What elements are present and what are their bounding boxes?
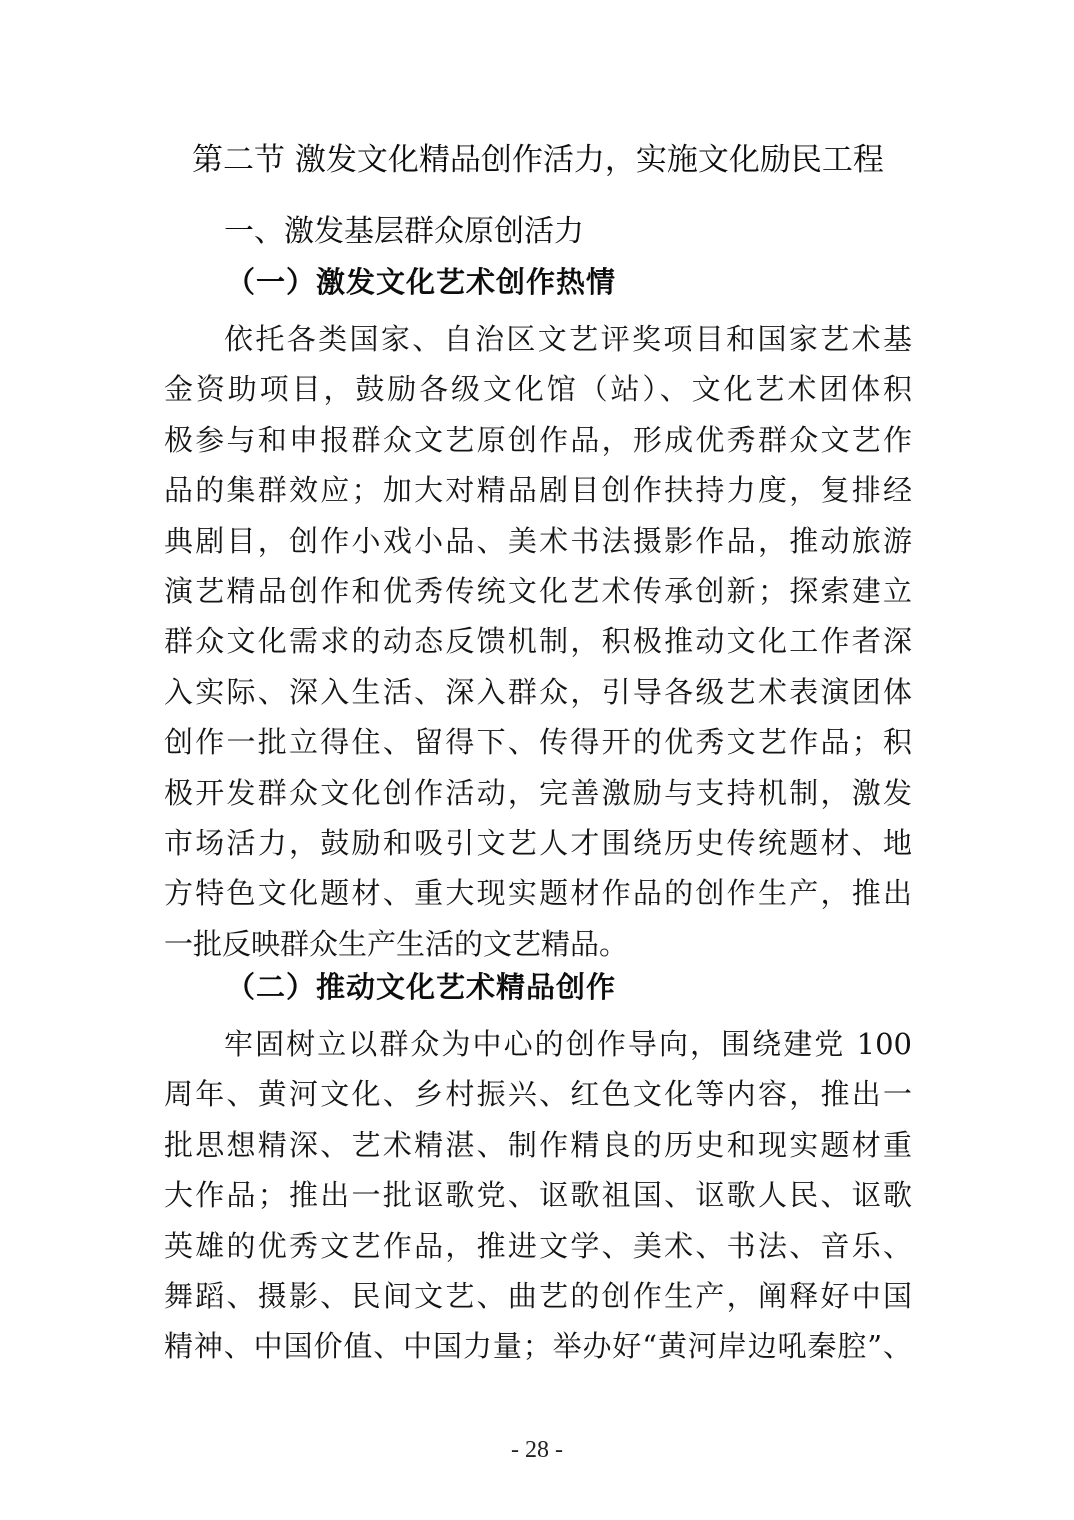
subsection-heading-1: （一）激发文化艺术创作热情 xyxy=(226,262,616,302)
text-line: 金资助项目，鼓励各级文化馆（站）、文化艺术团体积 xyxy=(164,364,912,414)
heading-level-1: 一、激发基层群众原创活力 xyxy=(224,212,584,252)
text-line: 大作品；推出一批讴歌党、讴歌祖国、讴歌人民、讴歌 xyxy=(164,1170,912,1220)
page-number: - 28 - xyxy=(0,1435,1074,1465)
paragraph-2: 牢固树立以群众为中心的创作导向，围绕建党 100 周年、黄河文化、乡村振兴、红色… xyxy=(164,1019,912,1372)
text-line: 依托各类国家、自治区文艺评奖项目和国家艺术基 xyxy=(164,314,912,364)
text-line: 批思想精深、艺术精湛、制作精良的历史和现实题材重 xyxy=(164,1120,912,1170)
text-line: 入实际、深入生活、深入群众，引导各级艺术表演团体 xyxy=(164,667,912,717)
text-line: 舞蹈、摄影、民间文艺、曲艺的创作生产，阐释好中国 xyxy=(164,1271,912,1321)
text-line: 演艺精品创作和优秀传统文化艺术传承创新；探索建立 xyxy=(164,566,912,616)
text-line: 典剧目，创作小戏小品、美术书法摄影作品，推动旅游 xyxy=(164,516,912,566)
text-line: 群众文化需求的动态反馈机制，积极推动文化工作者深 xyxy=(164,616,912,666)
text-line: 周年、黄河文化、乡村振兴、红色文化等内容，推出一 xyxy=(164,1069,912,1119)
section-title: 第二节 激发文化精品创作活力，实施文化励民工程 xyxy=(192,140,892,180)
text-line: 英雄的优秀文艺作品，推进文学、美术、书法、音乐、 xyxy=(164,1221,912,1271)
text-line: 一批反映群众生产生活的文艺精品。 xyxy=(164,919,912,969)
text-line: 极参与和申报群众文艺原创作品，形成优秀群众文艺作 xyxy=(164,415,912,465)
text-line: 精神、中国价值、中国力量；举办好“黄河岸边吼秦腔”、 xyxy=(164,1321,912,1371)
text-line: 品的集群效应；加大对精品剧目创作扶持力度，复排经 xyxy=(164,465,912,515)
subsection-heading-2: （二）推动文化艺术精品创作 xyxy=(226,967,616,1007)
text-line: 市场活力，鼓励和吸引文艺人才围绕历史传统题材、地 xyxy=(164,818,912,868)
text-line: 极开发群众文化创作活动，完善激励与支持机制，激发 xyxy=(164,768,912,818)
text-line: 牢固树立以群众为中心的创作导向，围绕建党 100 xyxy=(164,1019,912,1069)
text-line: 创作一批立得住、留得下、传得开的优秀文艺作品；积 xyxy=(164,717,912,767)
text-line: 方特色文化题材、重大现实题材作品的创作生产，推出 xyxy=(164,868,912,918)
document-page: 第二节 激发文化精品创作活力，实施文化励民工程 一、激发基层群众原创活力 （一）… xyxy=(0,0,1074,1520)
paragraph-1: 依托各类国家、自治区文艺评奖项目和国家艺术基 金资助项目，鼓励各级文化馆（站）、… xyxy=(164,314,912,969)
